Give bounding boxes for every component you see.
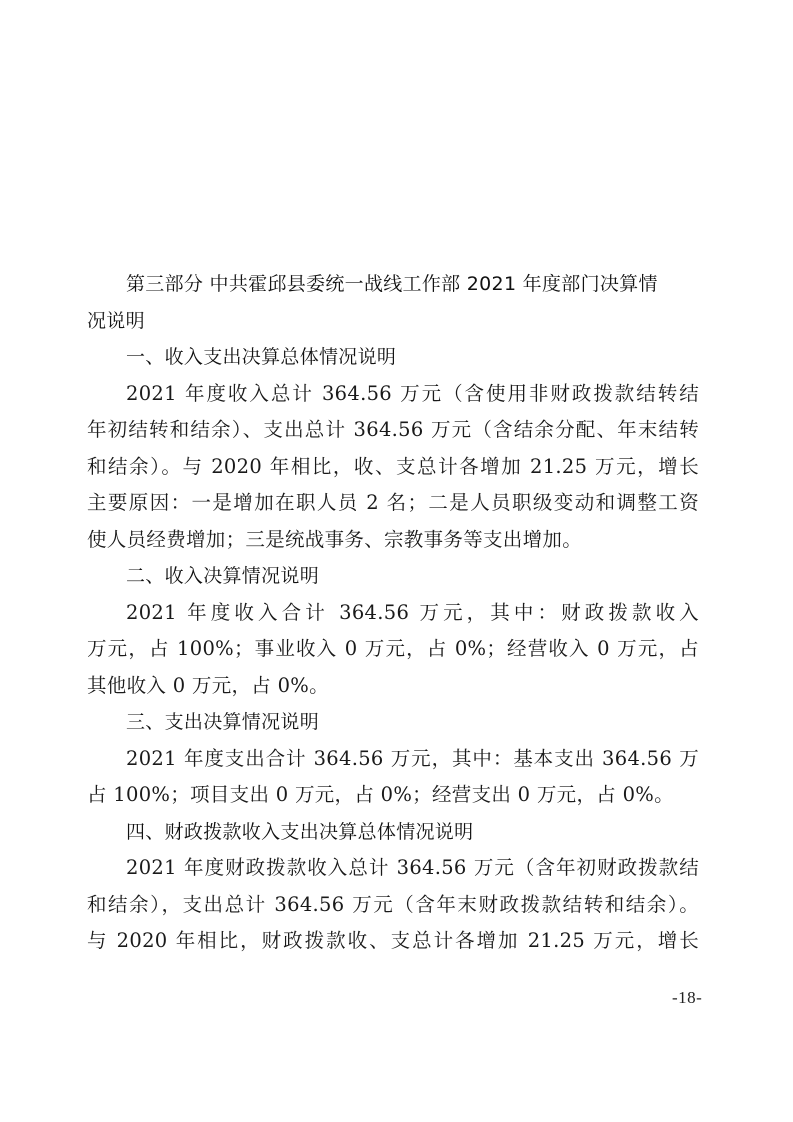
paragraph-line: 与 2020 年相比，财政拨款收、支总计各增加 21.25 万元，增长 6.2%… xyxy=(87,923,699,960)
paragraph-line: 2021 年度财政拨款收入总计 364.56 万元（含年初财政拨款结转 xyxy=(87,850,699,887)
paragraph-line: 2021 年度收入合计 364.56 万元，其中：财政拨款收入 364.56 xyxy=(87,595,699,632)
paragraph-line: 其他收入 0 万元，占 0%。 xyxy=(87,668,699,705)
paragraph-line: 和结余）。与 2020 年相比，收、支总计各增加 21.25 万元，增长 6.2… xyxy=(87,449,699,486)
paragraph-line: 主要原因：一是增加在职人员 2 名；二是人员职级变动和调整工资 xyxy=(87,485,699,522)
section-heading-income: 二、收入决算情况说明 xyxy=(87,558,699,595)
document-body: 第三部分 中共霍邱县委统一战线工作部 2021 年度部门决算情 况说明 一、收入… xyxy=(87,266,699,960)
paragraph-line: 2021 年度收入总计 364.56 万元（含使用非财政拨款结转结余、 xyxy=(87,376,699,413)
paragraph-line: 万元，占 100%；事业收入 0 万元，占 0%；经营收入 0 万元，占 0%； xyxy=(87,631,699,668)
document-title-line-2: 况说明 xyxy=(87,303,699,340)
page-number: -18- xyxy=(672,988,702,1008)
paragraph-line: 年初结转和结余）、支出总计 364.56 万元（含结余分配、年末结转 xyxy=(87,412,699,449)
section-heading-expense: 三、支出决算情况说明 xyxy=(87,704,699,741)
paragraph-line: 2021 年度支出合计 364.56 万元，其中：基本支出 364.56 万元， xyxy=(87,741,699,778)
document-title-line-1: 第三部分 中共霍邱县委统一战线工作部 2021 年度部门决算情 xyxy=(87,266,699,303)
document-page: 第三部分 中共霍邱县委统一战线工作部 2021 年度部门决算情 况说明 一、收入… xyxy=(0,0,793,1122)
section-heading-income-expense-overview: 一、收入支出决算总体情况说明 xyxy=(87,339,699,376)
paragraph-line: 和结余），支出总计 364.56 万元（含年末财政拨款结转和结余）。 xyxy=(87,887,699,924)
section-heading-fiscal-appropriation-overview: 四、财政拨款收入支出决算总体情况说明 xyxy=(87,814,699,851)
paragraph-line: 占 100%；项目支出 0 万元，占 0%；经营支出 0 万元，占 0%。 xyxy=(87,777,699,814)
paragraph-line: 使人员经费增加；三是统战事务、宗教事务等支出增加。 xyxy=(87,522,699,559)
